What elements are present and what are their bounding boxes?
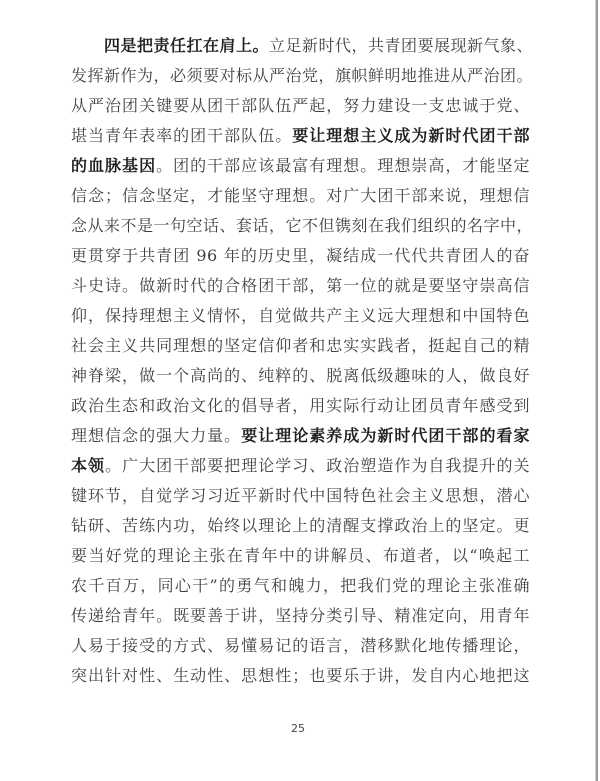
text-segment: 立足新时代，共青团要展现新气象、 (269, 36, 533, 55)
body-text: 四是把责任扛在肩上。立足新时代，共青团要展现新气象、发挥新作为，必须要对标从严治… (71, 31, 530, 691)
bold-text-segment: 的血脉基因 (71, 156, 156, 175)
scanned-document-page: 四是把责任扛在肩上。立足新时代，共青团要展现新气象、发挥新作为，必须要对标从严治… (0, 0, 600, 781)
text-segment: 社会主义共同理想的坚定信仰者和忠实实践者，挺起自己的精 (71, 336, 530, 355)
text-line: 仰，保持理想主义情怀，自觉做共产主义远大理想和中国特色 (71, 301, 530, 331)
text-line: 信念；信念坚定，才能坚守理想。对广大团干部来说，理想信 (71, 181, 530, 211)
text-line: 发挥新作为，必须要对标从严治党，旗帜鲜明地推进从严治团。 (71, 61, 530, 91)
text-segment: 信念；信念坚定，才能坚守理想。对广大团干部来说，理想信 (71, 186, 530, 205)
text-segment: 念从来不是一句空话、套话，它不但镌刻在我们组织的名字中， (71, 216, 533, 235)
text-segment: 钻研、苦练内功，始终以理论上的清醒支撑政治上的坚定。更 (71, 516, 530, 535)
text-line: 神脊梁，做一个高尚的、纯粹的、脱离低级趣味的人，做良好 (71, 361, 530, 391)
bold-text-segment: 本领 (71, 456, 105, 475)
text-line: 的血脉基因。团的干部应该最富有理想。理想崇高，才能坚定 (71, 151, 530, 181)
text-segment: 发挥新作为，必须要对标从严治党，旗帜鲜明地推进从严治团。 (71, 66, 533, 85)
text-line: 更贯穿于共青团 96 年的历史里，凝结成一代代共青团人的奋 (71, 241, 530, 271)
text-segment: 仰，保持理想主义情怀，自觉做共产主义远大理想和中国特色 (71, 306, 530, 325)
text-line: 本领。广大团干部要把理论学习、政治塑造作为自我提升的关 (71, 451, 530, 481)
text-line: 键环节，自觉学习习近平新时代中国特色社会主义思想，潜心 (71, 481, 530, 511)
text-segment: 堪当青年表率的团干部队伍。 (71, 126, 292, 145)
bold-text-segment: 要让理论素养成为新时代团干部的看家 (241, 426, 530, 445)
text-line: 念从来不是一句空话、套话，它不但镌刻在我们组织的名字中， (71, 211, 530, 241)
text-segment: 农千百万，同心干”的勇气和魄力，把我们党的理论主张准确 (71, 576, 530, 595)
text-line: 要当好党的理论主张在青年中的讲解员、布道者，以“唤起工 (71, 541, 530, 571)
text-segment: 键环节，自觉学习习近平新时代中国特色社会主义思想，潜心 (71, 486, 530, 505)
text-line: 从严治团关键要从团干部队伍严起，努力建设一支忠诚于党、 (71, 91, 530, 121)
text-line: 传递给青年。既要善于讲，坚持分类引导、精准定向，用青年 (71, 601, 530, 631)
text-line: 政治生态和政治文化的倡导者，用实际行动让团员青年感受到 (71, 391, 530, 421)
text-segment: 。广大团干部要把理论学习、政治塑造作为自我提升的关 (105, 456, 530, 475)
text-segment: 人易于接受的方式、易懂易记的语言，潜移默化地传播理论， (71, 636, 530, 655)
text-segment: 从严治团关键要从团干部队伍严起，努力建设一支忠诚于党、 (71, 96, 530, 115)
text-segment: 。团的干部应该最富有理想。理想崇高，才能坚定 (156, 156, 530, 175)
text-line: 钻研、苦练内功，始终以理论上的清醒支撑政治上的坚定。更 (71, 511, 530, 541)
text-segment: 斗史诗。做新时代的合格团干部，第一位的就是要坚守崇高信 (71, 276, 530, 295)
text-line: 突出针对性、生动性、思想性；也要乐于讲，发自内心地把这 (71, 661, 530, 691)
text-segment: 传递给青年。既要善于讲，坚持分类引导、精准定向，用青年 (71, 606, 530, 625)
text-segment: 政治生态和政治文化的倡导者，用实际行动让团员青年感受到 (71, 396, 530, 415)
bold-text-segment: 四是把责任扛在肩上。 (104, 36, 269, 55)
text-line: 理想信念的强大力量。要让理论素养成为新时代团干部的看家 (71, 421, 530, 451)
text-line: 堪当青年表率的团干部队伍。要让理想主义成为新时代团干部 (71, 121, 530, 151)
text-segment: 要当好党的理论主张在青年中的讲解员、布道者，以“唤起工 (71, 546, 530, 565)
page-number: 25 (0, 722, 596, 735)
text-line: 斗史诗。做新时代的合格团干部，第一位的就是要坚守崇高信 (71, 271, 530, 301)
text-line: 人易于接受的方式、易懂易记的语言，潜移默化地传播理论， (71, 631, 530, 661)
text-segment: 神脊梁，做一个高尚的、纯粹的、脱离低级趣味的人，做良好 (71, 366, 530, 385)
text-segment: 突出针对性、生动性、思想性；也要乐于讲，发自内心地把这 (71, 666, 530, 685)
page-scan-edge-line (595, 0, 598, 781)
bold-text-segment: 要让理想主义成为新时代团干部 (292, 126, 530, 145)
text-segment: 理想信念的强大力量。 (71, 426, 241, 445)
text-line: 四是把责任扛在肩上。立足新时代，共青团要展现新气象、 (71, 31, 530, 61)
text-segment: 更贯穿于共青团 96 年的历史里，凝结成一代代共青团人的奋 (71, 246, 530, 265)
text-line: 农千百万，同心干”的勇气和魄力，把我们党的理论主张准确 (71, 571, 530, 601)
text-line: 社会主义共同理想的坚定信仰者和忠实实践者，挺起自己的精 (71, 331, 530, 361)
